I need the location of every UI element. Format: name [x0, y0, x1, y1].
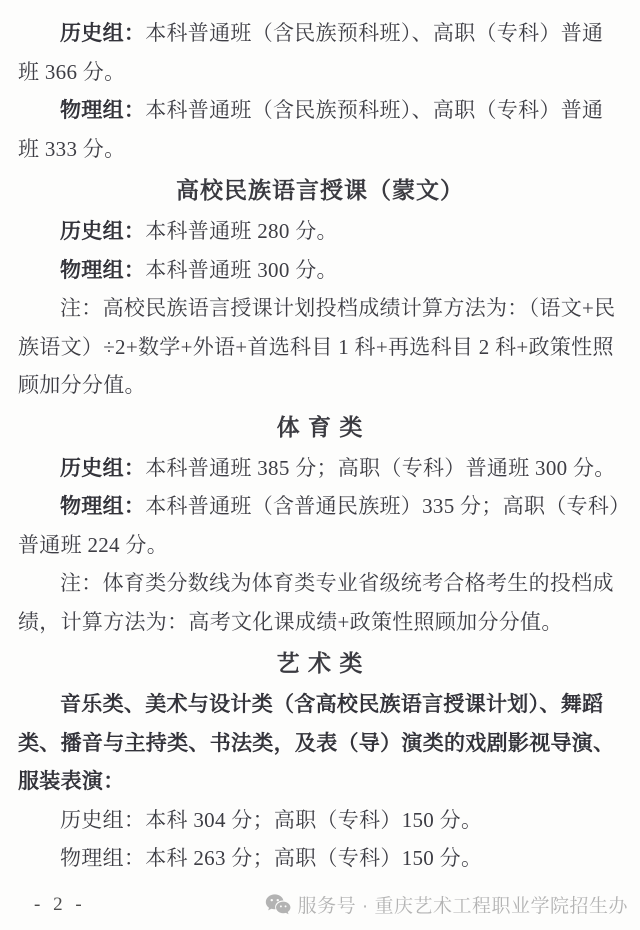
- group-label: 物理组：: [60, 494, 145, 518]
- group-label: 物理组：: [60, 258, 145, 282]
- note-mongolian-score-calculation: 注：高校民族语言授课计划投档成绩计算方法为：（语文+民族语文）÷2+数学+外语+…: [18, 289, 622, 405]
- score-text: 本科普通班 385 分；高职（专科）普通班 300 分。: [145, 456, 615, 480]
- score-text: 本科普通班 280 分。: [145, 219, 338, 243]
- watermark-text: 服务号 · 重庆艺术工程职业学院招生办: [298, 891, 628, 918]
- group-label: 历史组：: [60, 456, 145, 480]
- entry-physics-group-general: 物理组：本科普通班（含民族预科班）、高职（专科）普通班 333 分。: [18, 91, 622, 168]
- page-number: - 2 -: [34, 894, 86, 916]
- document-page: 历史组：本科普通班（含民族预科班）、高职（专科）普通班 366 分。 物理组：本…: [0, 0, 640, 878]
- note-sports-score-calculation: 注：体育类分数线为体育类专业省级统考合格考生的投档成绩，计算方法为：高考文化课成…: [18, 564, 622, 641]
- wechat-icon: [265, 893, 292, 916]
- entry-history-group-general: 历史组：本科普通班（含民族预科班）、高职（专科）普通班 366 分。: [18, 14, 622, 91]
- entry-history-group-mongolian: 历史组：本科普通班 280 分。: [18, 212, 622, 251]
- group-label: 物理组：: [60, 846, 145, 870]
- entry-physics-group-mongolian: 物理组：本科普通班 300 分。: [18, 251, 622, 290]
- group-label: 历史组：: [60, 219, 145, 243]
- score-text: 本科 304 分；高职（专科）150 分。: [145, 808, 482, 832]
- entry-physics-group-arts: 物理组：本科 263 分；高职（专科）150 分。: [18, 839, 622, 878]
- heading-sports-category: 体 育 类: [18, 407, 622, 447]
- entry-physics-group-sports: 物理组：本科普通班（含普通民族班）335 分；高职（专科）普通班 224 分。: [18, 487, 622, 564]
- entry-history-group-arts: 历史组：本科 304 分；高职（专科）150 分。: [18, 801, 622, 840]
- score-text: 本科普通班 300 分。: [145, 258, 338, 282]
- group-label: 历史组：: [60, 808, 145, 832]
- watermark: 服务号 · 重庆艺术工程职业学院招生办: [265, 891, 628, 918]
- score-text: 本科 263 分；高职（专科）150 分。: [145, 846, 482, 870]
- heading-mongolian-language-instruction: 高校民族语言授课（蒙文）: [18, 170, 622, 210]
- arts-categories-paragraph: 音乐类、美术与设计类（含高校民族语言授课计划）、舞蹈类、播音与主持类、书法类，及…: [18, 685, 622, 801]
- entry-history-group-sports: 历史组：本科普通班 385 分；高职（专科）普通班 300 分。: [18, 449, 622, 488]
- group-label: 物理组：: [60, 98, 145, 122]
- page-footer: - 2 - 服务号 · 重庆艺术工程职业学院招生办: [0, 891, 640, 918]
- group-label: 历史组：: [60, 21, 145, 45]
- heading-arts-category: 艺 术 类: [18, 643, 622, 683]
